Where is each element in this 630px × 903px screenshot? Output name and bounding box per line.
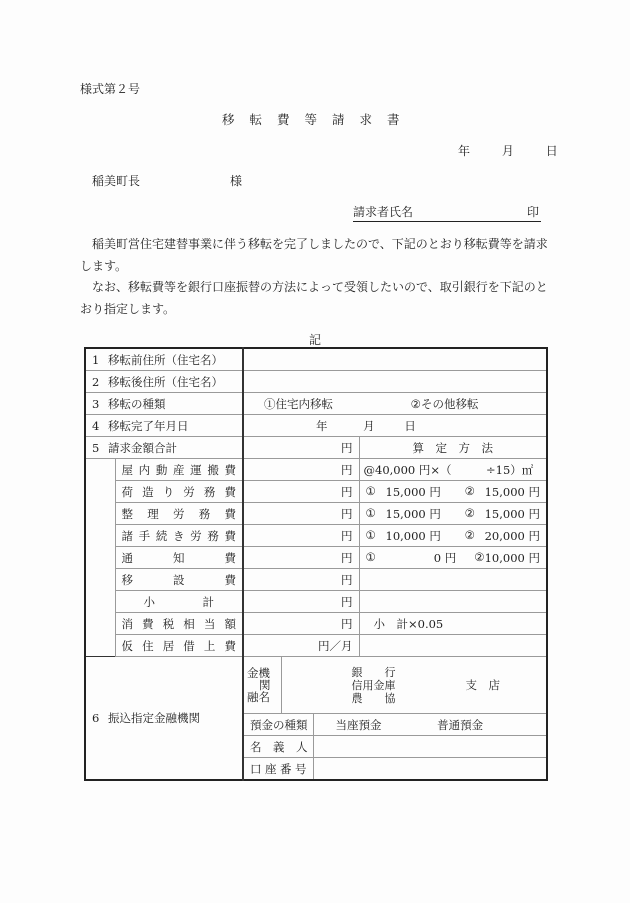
claim-table: 1移転前住所（住宅名） 2移転後住所（住宅名） 3移転の種類 ①住宅内移転 ②そ…	[84, 347, 548, 781]
amount-field[interactable]: 円	[243, 525, 359, 547]
deposit-option-current[interactable]: 当座預金	[336, 718, 382, 732]
calc-method: @40,000 円×（ ÷15）㎡	[359, 459, 547, 481]
branch-label: 支 店	[466, 677, 501, 693]
document-title: 移転費等請求書	[222, 110, 415, 128]
sub-item-label: 整理労務費	[122, 506, 237, 522]
row-label: 2移転後住所（住宅名）	[85, 371, 243, 393]
sub-item-label: 小計	[122, 594, 237, 610]
table-row: 6振込指定金融機関 金機 関 融名 銀 行 信用金庫 農 協 支 店	[85, 657, 547, 714]
sub-item-label: 消費税相当額	[122, 616, 237, 632]
row-label: 5請求金額合計	[85, 437, 243, 459]
option-in-housing[interactable]: ①住宅内移転	[264, 397, 333, 411]
temp-housing-field[interactable]: 円／月	[243, 635, 359, 657]
amount-field[interactable]: 円	[243, 459, 359, 481]
day-label: 日	[546, 144, 558, 158]
table-row: 2移転後住所（住宅名）	[85, 371, 547, 393]
previous-address-field[interactable]	[243, 348, 547, 371]
sub-item-label: 仮住居借上費	[122, 638, 237, 654]
institution-name-field[interactable]: 銀 行 信用金庫 農 協 支 店	[281, 657, 547, 714]
row-label: 4移転完了年月日	[85, 415, 243, 437]
completion-date-field[interactable]: 年 月 日	[243, 415, 547, 437]
year-label: 年	[458, 144, 470, 158]
total-amount-field[interactable]: 円	[243, 437, 359, 459]
option-other[interactable]: ②その他移転	[411, 397, 479, 411]
account-number-label: 口座番号	[243, 758, 313, 781]
table-row: 1移転前住所（住宅名）	[85, 348, 547, 371]
table-row: 仮住居借上費 円／月	[85, 635, 547, 657]
calc-method: ①0 円②10,000 円	[359, 547, 547, 569]
row-label: 6振込指定金融機関	[85, 657, 243, 781]
calc-method: ①15,000 円②15,000 円	[359, 481, 547, 503]
calc-method	[359, 635, 547, 657]
calc-method: ①15,000 円②15,000 円	[359, 503, 547, 525]
deposit-type-label: 預金の種類	[243, 714, 313, 736]
addressee: 稲美町長	[92, 172, 140, 189]
calc-method: 小 計×0.05	[359, 613, 547, 635]
table-row: 整理労務費 円 ①15,000 円②15,000 円	[85, 503, 547, 525]
subtotal-field[interactable]: 円	[243, 591, 359, 613]
amount-field[interactable]: 円	[243, 569, 359, 591]
table-row: 荷造り労務費 円 ①15,000 円②15,000 円	[85, 481, 547, 503]
row-label: 3移転の種類	[85, 393, 243, 415]
deposit-option-ordinary[interactable]: 普通預金	[437, 718, 483, 732]
row-label: 1移転前住所（住宅名）	[85, 348, 243, 371]
sub-item-label: 荷造り労務費	[122, 484, 237, 500]
table-row: 小計 円	[85, 591, 547, 613]
table-row: 屋内動産運搬費 円 @40,000 円×（ ÷15）㎡	[85, 459, 547, 481]
form-number: 様式第２号	[80, 80, 140, 97]
seal-label: 印	[527, 203, 539, 220]
applicant-label: 請求者氏名	[353, 205, 413, 219]
honorific: 様	[230, 172, 242, 189]
method-header: 算 定 方 法	[359, 437, 547, 459]
account-number-field[interactable]	[313, 758, 547, 781]
table-row: 5請求金額合計 円 算 定 方 法	[85, 437, 547, 459]
amount-field[interactable]: 円	[243, 503, 359, 525]
table-row: 3移転の種類 ①住宅内移転 ②その他移転	[85, 393, 547, 415]
table-row: 4移転完了年月日 年 月 日	[85, 415, 547, 437]
date-line: 年 月 日	[458, 142, 558, 159]
sub-item-label: 屋内動産運搬費	[122, 462, 237, 478]
amount-field[interactable]: 円	[243, 481, 359, 503]
month-label: 月	[502, 144, 514, 158]
new-address-field[interactable]	[243, 371, 547, 393]
request-paragraph: 稲美町営住宅建替事業に伴う移転を完了しましたので、下記のとおり移転費等を請求しま…	[80, 234, 550, 277]
sub-item-label: 諸手続き労務費	[122, 528, 237, 544]
ki-heading: 記	[309, 331, 321, 348]
account-holder-field[interactable]	[313, 736, 547, 758]
sub-item-label: 通知費	[122, 550, 237, 566]
sub-item-label: 移設費	[122, 572, 237, 588]
tax-field[interactable]: 円	[243, 613, 359, 635]
bank-designation-paragraph: なお、移転費等を銀行口座振替の方法によって受領したいので、取引銀行を下記のとおり…	[80, 277, 550, 320]
move-type-field[interactable]: ①住宅内移転 ②その他移転	[243, 393, 547, 415]
calc-method	[359, 591, 547, 613]
table-row: 通知費 円 ①0 円②10,000 円	[85, 547, 547, 569]
applicant-name-field[interactable]: 請求者氏名 印	[353, 203, 541, 222]
table-row: 諸手続き労務費 円 ①10,000 円②20,000 円	[85, 525, 547, 547]
deposit-type-field[interactable]: 当座預金 普通預金	[313, 714, 547, 736]
amount-field[interactable]: 円	[243, 547, 359, 569]
table-row: 移設費 円	[85, 569, 547, 591]
calc-method: ①10,000 円②20,000 円	[359, 525, 547, 547]
institution-name-label: 金機 関 融名	[243, 657, 281, 714]
table-row: 消費税相当額 円 小 計×0.05	[85, 613, 547, 635]
calc-method	[359, 569, 547, 591]
account-holder-label: 名 義 人	[243, 736, 313, 758]
